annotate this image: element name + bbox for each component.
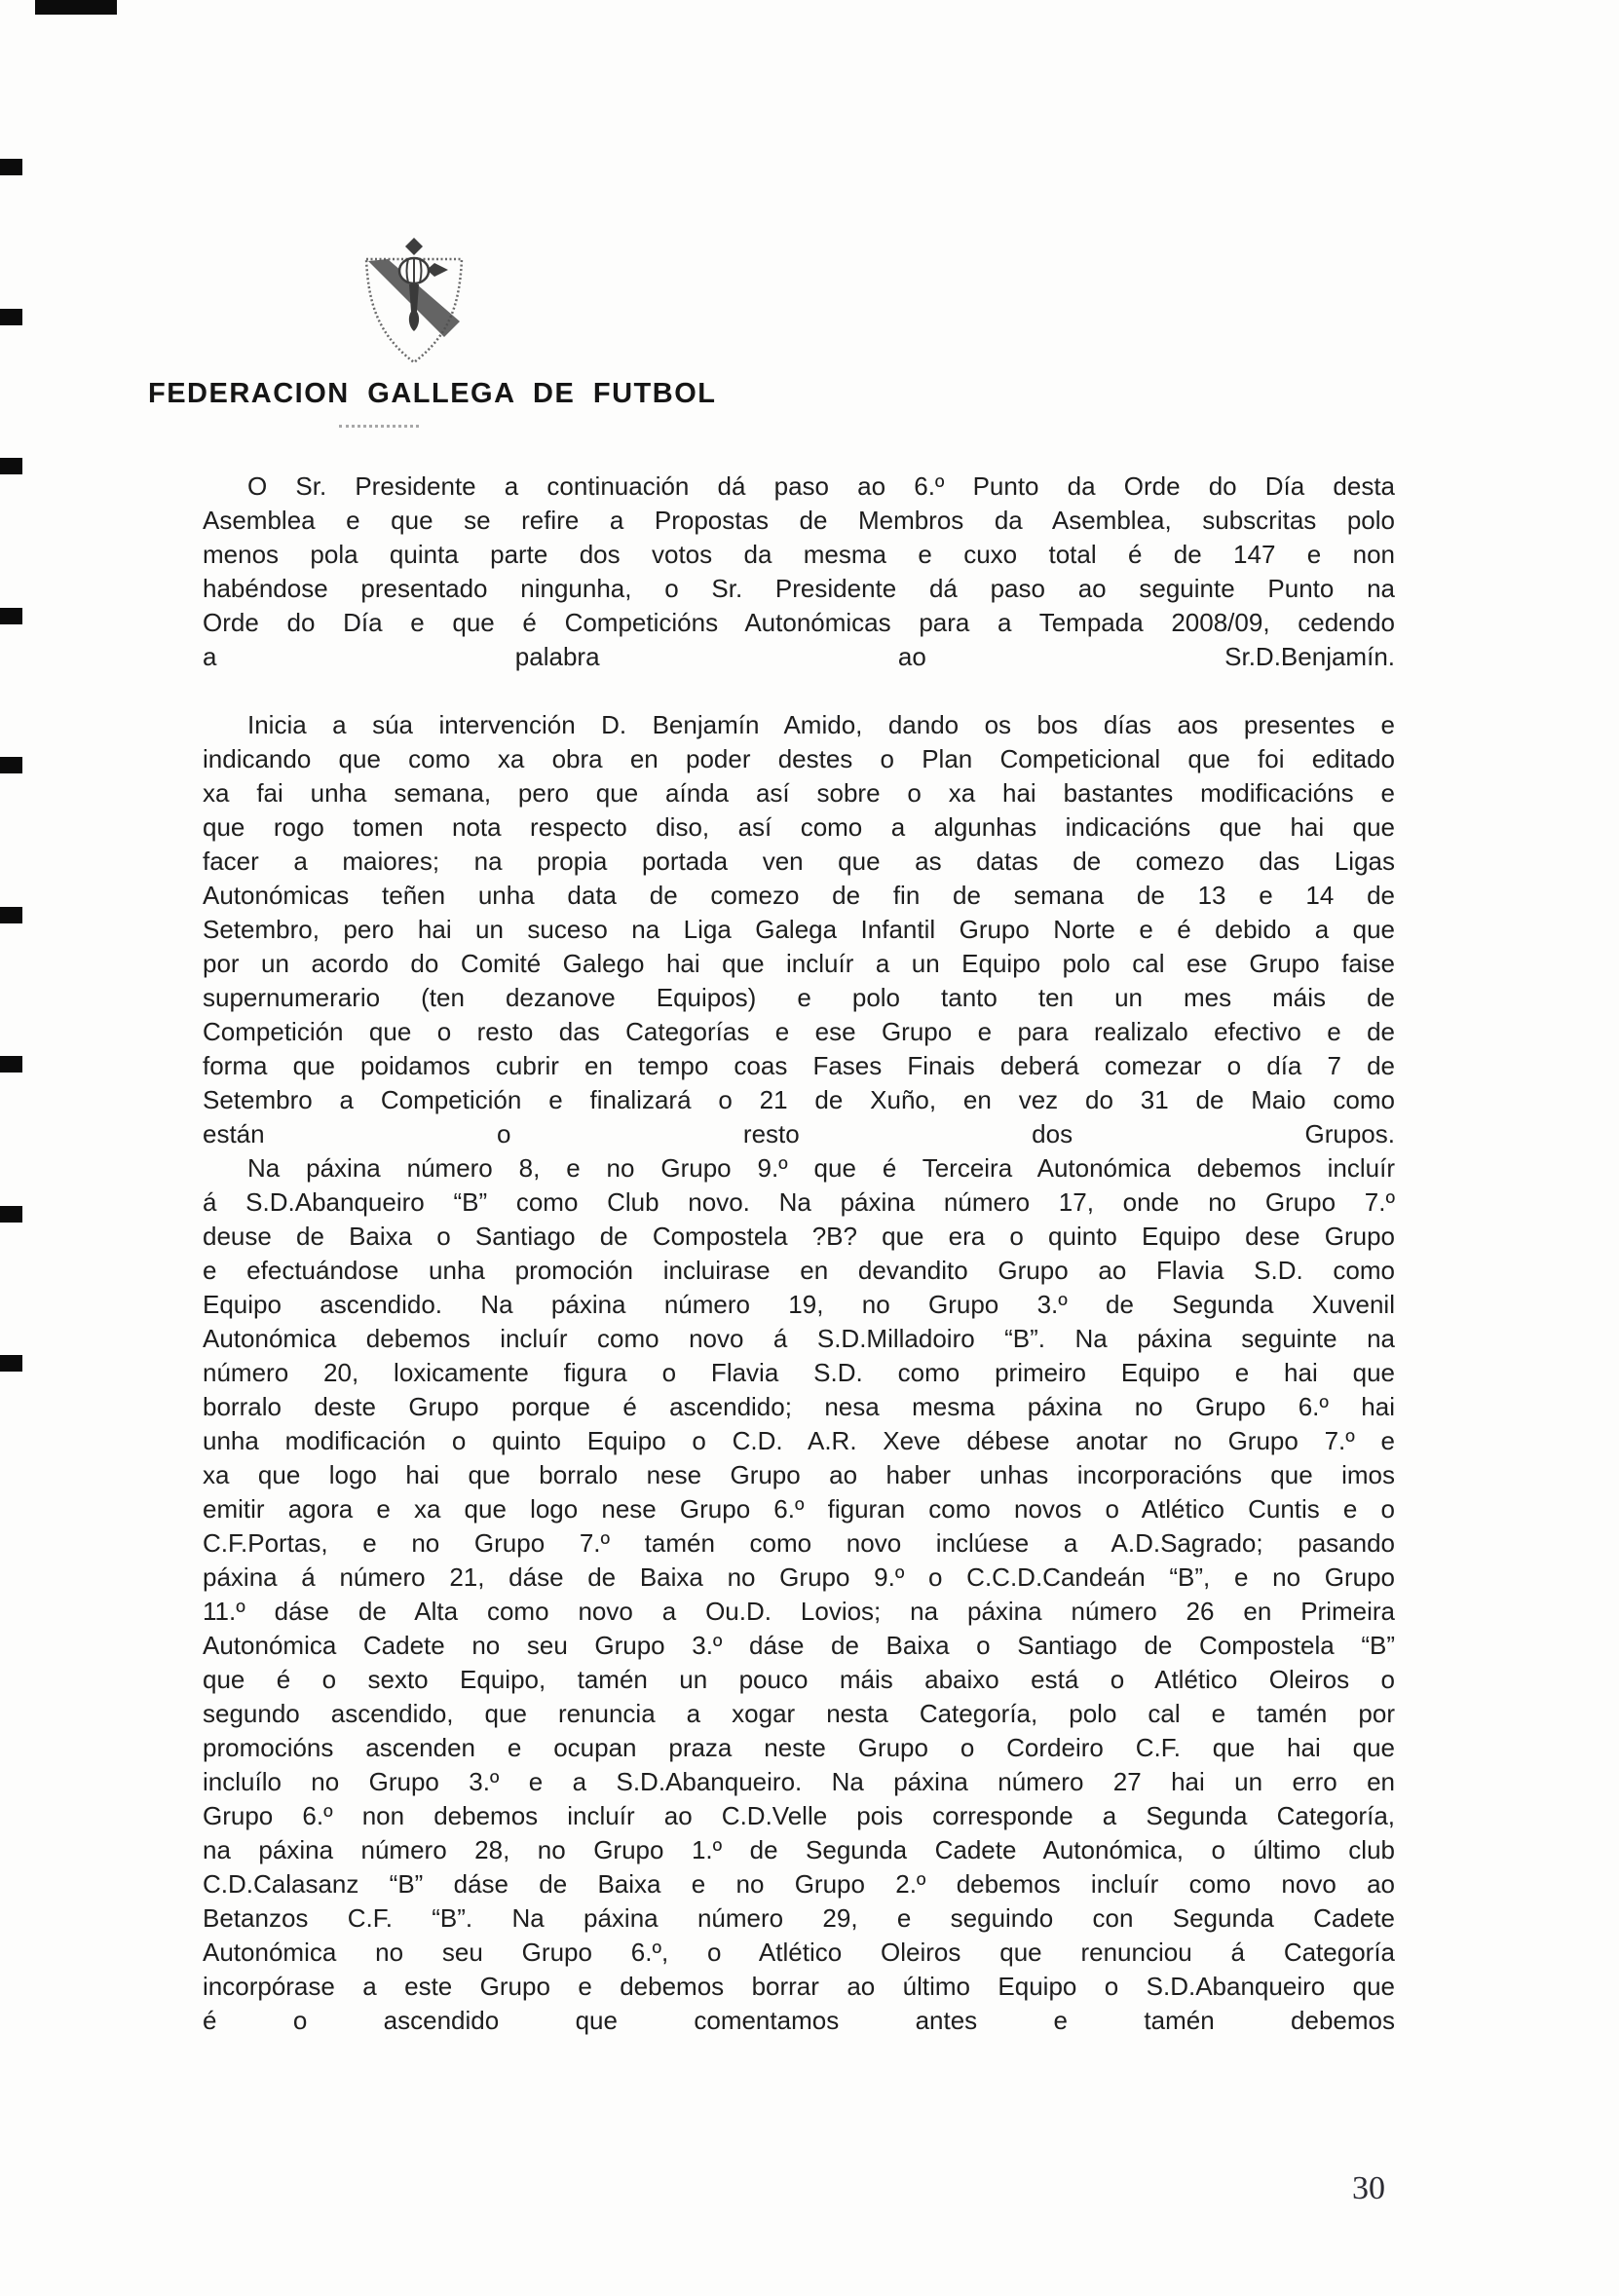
text-line: Betanzos C.F. “B”. Na páxina número 29, … bbox=[203, 1901, 1395, 1936]
text-line: Setembro, pero hai un suceso na Liga Gal… bbox=[203, 913, 1395, 947]
text-line: segundo ascendido, que renuncia a xogar … bbox=[203, 1697, 1395, 1731]
text-line: supernumerario (ten dezanove Equipos) e … bbox=[203, 981, 1395, 1015]
text-line: C.D.Calasanz “B” dáse de Baixa e no Grup… bbox=[203, 1867, 1395, 1901]
scan-artifact-dash bbox=[0, 159, 22, 175]
text-line: número 20, loxicamente figura o Flavia S… bbox=[203, 1356, 1395, 1390]
text-line: incorpórase a este Grupo e debemos borra… bbox=[203, 1970, 1395, 2004]
text-line: Na páxina número 8, e no Grupo 9.º que é… bbox=[203, 1151, 1395, 1186]
text-line: xa que logo hai que borralo nese Grupo a… bbox=[203, 1458, 1395, 1492]
paragraph-2: Inicia a súa intervención D. Benjamín Am… bbox=[203, 708, 1395, 1151]
paragraph-1: O Sr. Presidente a continuación dá paso … bbox=[203, 470, 1395, 674]
text-line: O Sr. Presidente a continuación dá paso … bbox=[203, 470, 1395, 504]
text-line: Autonómica no seu Grupo 6.º, o Atlético … bbox=[203, 1936, 1395, 1970]
text-line: habéndose presentado ningunha, o Sr. Pre… bbox=[203, 572, 1395, 606]
scan-artifact-dash bbox=[0, 1355, 22, 1372]
text-line: páxina á número 21, dáse de Baixa no Gru… bbox=[203, 1561, 1395, 1595]
text-line: promocións ascenden e ocupan praza neste… bbox=[203, 1731, 1395, 1765]
letterhead-underline bbox=[339, 425, 419, 428]
scan-artifact-dash bbox=[0, 757, 22, 773]
text-line: á S.D.Abanqueiro “B” como Club novo. Na … bbox=[203, 1186, 1395, 1220]
text-line: xa fai unha semana, pero que aínda así s… bbox=[203, 776, 1395, 810]
text-line: Equipo ascendido. Na páxina número 19, n… bbox=[203, 1288, 1395, 1322]
text-line: forma que poidamos cubrir en tempo coas … bbox=[203, 1049, 1395, 1083]
text-line: deuse de Baixa o Santiago de Compostela … bbox=[203, 1220, 1395, 1254]
scan-artifact-dash bbox=[0, 608, 22, 624]
text-line: unha modificación o quinto Equipo o C.D.… bbox=[203, 1424, 1395, 1458]
paragraph-3: Na páxina número 8, e no Grupo 9.º que é… bbox=[203, 1151, 1395, 2038]
text-line: que rogo tomen nota respecto diso, así c… bbox=[203, 810, 1395, 845]
page-number: 30 bbox=[1352, 2170, 1385, 2207]
text-line: é o ascendido que comentamos antes e tam… bbox=[203, 2004, 1395, 2038]
text-line: C.F.Portas, e no Grupo 7.º tamén como no… bbox=[203, 1526, 1395, 1561]
document-body: O Sr. Presidente a continuación dá paso … bbox=[203, 470, 1395, 2038]
federation-crest-icon bbox=[358, 238, 470, 368]
text-line: están o resto dos Grupos. bbox=[203, 1117, 1395, 1151]
scan-artifact-dash bbox=[0, 907, 22, 923]
text-line: facer a maiores; na propia portada ven q… bbox=[203, 845, 1395, 879]
text-line: e efectuándose unha promoción incluirase… bbox=[203, 1254, 1395, 1288]
text-line: a palabra ao Sr.D.Benjamín. bbox=[203, 640, 1395, 674]
text-line: Autonómica Cadete no seu Grupo 3.º dáse … bbox=[203, 1629, 1395, 1663]
text-line: 11.º dáse de Alta como novo a Ou.D. Lovi… bbox=[203, 1595, 1395, 1629]
text-line: Orde do Día e que é Competicións Autonóm… bbox=[203, 606, 1395, 640]
text-line: Inicia a súa intervención D. Benjamín Am… bbox=[203, 708, 1395, 742]
letterhead-title: FEDERACION GALLEGA DE FUTBOL bbox=[148, 378, 716, 410]
text-line: Autonómicas teñen unha data de comezo de… bbox=[203, 879, 1395, 913]
text-line: que é o sexto Equipo, tamén un pouco mái… bbox=[203, 1663, 1395, 1697]
scan-artifact-dash bbox=[0, 1206, 22, 1223]
scan-artifact-top-bar bbox=[35, 0, 117, 15]
text-line: incluílo no Grupo 3.º e a S.D.Abanqueiro… bbox=[203, 1765, 1395, 1799]
text-line: borralo deste Grupo porque é ascendido; … bbox=[203, 1390, 1395, 1424]
text-line: Setembro a Competición e finalizará o 21… bbox=[203, 1083, 1395, 1117]
scanned-document-page: FEDERACION GALLEGA DE FUTBOL O Sr. Presi… bbox=[0, 0, 1619, 2296]
text-line: Competición que o resto das Categorías e… bbox=[203, 1015, 1395, 1049]
text-line: Grupo 6.º non debemos incluír ao C.D.Vel… bbox=[203, 1799, 1395, 1833]
text-line: indicando que como xa obra en poder dest… bbox=[203, 742, 1395, 776]
text-line: por un acordo do Comité Galego hai que i… bbox=[203, 947, 1395, 981]
text-line: emitir agora e xa que logo nese Grupo 6.… bbox=[203, 1492, 1395, 1526]
text-line: Autonómica debemos incluír como novo á S… bbox=[203, 1322, 1395, 1356]
scan-artifact-dash bbox=[0, 309, 22, 325]
scan-artifact-dash bbox=[0, 458, 22, 474]
text-line: Asemblea e que se refire a Propostas de … bbox=[203, 504, 1395, 538]
scan-artifact-dash bbox=[0, 1056, 22, 1073]
text-line: menos pola quinta parte dos votos da mes… bbox=[203, 538, 1395, 572]
text-line: na páxina número 28, no Grupo 1.º de Seg… bbox=[203, 1833, 1395, 1867]
